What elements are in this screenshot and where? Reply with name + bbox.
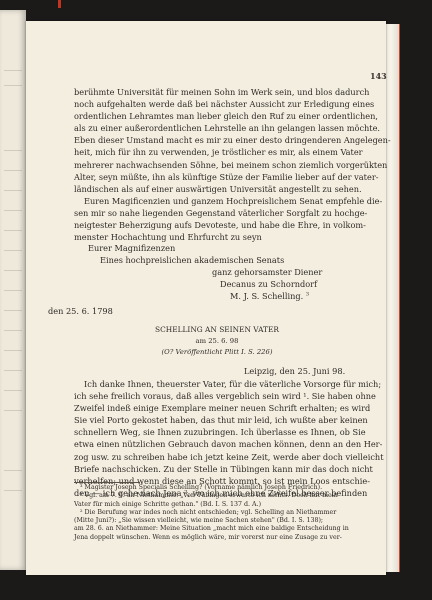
- book-page: 143 berühmte Universität für meinen Sohn…: [26, 21, 386, 575]
- facing-page-edge: [0, 10, 26, 570]
- letter-heading-title: SCHELLING AN SEINEN VATER: [74, 325, 360, 334]
- footnote-line: am 28. 6. an Niethammer: Meine Situation…: [74, 525, 360, 533]
- text-line: Eben dieser Umstand macht es mir zu eine…: [74, 134, 360, 146]
- text-line: mehrerer nachwachsenden Söhne, bei meine…: [74, 159, 360, 171]
- footnote-line: ² Die Berufung war indes noch nicht ents…: [74, 509, 360, 517]
- text-line: noch aufgehalten werde daß bei nächster …: [74, 98, 360, 110]
- text-line: sen mir so nahe liegenden Gegenstand vät…: [74, 207, 360, 219]
- letter-heading-date: am 25. 6. 98: [74, 337, 360, 345]
- footnote-line: Jena doppelt wünschen. Wenn es möglich w…: [74, 534, 360, 542]
- letter-place-date: Leipzig, den 25. Juni 98.: [244, 366, 345, 376]
- date-line: den 25. 6. 1798: [48, 306, 113, 316]
- text-line: heit, mich für ihn zu verwenden, je trös…: [74, 146, 360, 158]
- signature: M. J. S. Schelling. 3: [230, 291, 309, 301]
- closing-title: Decanus zu Schorndorf: [220, 279, 317, 289]
- text-line: Sie viel Porto gekostet haben, das thut …: [74, 414, 360, 426]
- text-line: ich sehe freilich voraus, daß alles verg…: [74, 390, 360, 402]
- footnotes: ³ Magister Joseph Specialis Schelling? (…: [74, 484, 360, 542]
- closing-addressee: Eines hochpreislichen akademischen Senat…: [100, 255, 284, 265]
- signature-name: M. J. S. Schelling.: [230, 291, 303, 301]
- book-ribbon-marker: [58, 0, 61, 8]
- text-line: Ich danke Ihnen, theuerster Vater, für d…: [74, 378, 360, 390]
- text-line: Zweifel indeß einige Exemplare meiner ne…: [74, 402, 360, 414]
- text-line: menster Hochachtung und Ehrfurcht zu sey…: [74, 231, 360, 243]
- footnote-line: (Mitte Juni?): „Sie wissen vielleicht, w…: [74, 517, 360, 525]
- text-line: berühmte Universität für meinen Sohn im …: [74, 86, 360, 98]
- page-number: 143: [370, 71, 387, 81]
- text-line: Alter, seyn müßte, ihn als künftige Stüz…: [74, 171, 360, 183]
- footnote-divider: [74, 482, 140, 483]
- closing-salutation: Eurer Magnifizenzen: [88, 243, 175, 253]
- letter-heading-source: (O? Veröffentlicht Plitt I. S. 226): [74, 348, 360, 356]
- text-line: Euren Magificenzien und ganzem Hochpreis…: [74, 195, 360, 207]
- letter-body-1: berühmte Universität für meinen Sohn im …: [74, 86, 360, 243]
- footnote-ref: 3: [306, 291, 309, 297]
- text-line: neigtester Beherzigung aufs Devoteste, u…: [74, 219, 360, 231]
- text-line: ordentlichen Lehramtes man lieber gleich…: [74, 110, 360, 122]
- text-line: ländischen als auf einer auswärtigen Uni…: [74, 183, 360, 195]
- text-line: zog usw. zu schreiben habe ich jetzt kei…: [74, 451, 360, 463]
- text-line: schnellern Weg, sie Ihnen zuzubringen. I…: [74, 426, 360, 438]
- text-line: als zu einer außerordentlichen Lehrstell…: [74, 122, 360, 134]
- footnote-line: ³ Magister Joseph Specialis Schelling? (…: [74, 484, 360, 492]
- text-line: Briefe nachschicken. Zu der Stelle in Tü…: [74, 463, 360, 475]
- letter-body-2: Ich danke Ihnen, theuerster Vater, für d…: [74, 378, 360, 499]
- text-line: etwa einen nützlichen Gebrauch davon mac…: [74, 438, 360, 450]
- footnote-line: Vater für mich einige Schritte gethan." …: [74, 501, 360, 509]
- footnote-line: ¹ Vgl. am 7. 6. an Niethammer. „Von Tübi…: [74, 492, 360, 500]
- closing-servant: ganz gehorsamster Diener: [212, 267, 322, 277]
